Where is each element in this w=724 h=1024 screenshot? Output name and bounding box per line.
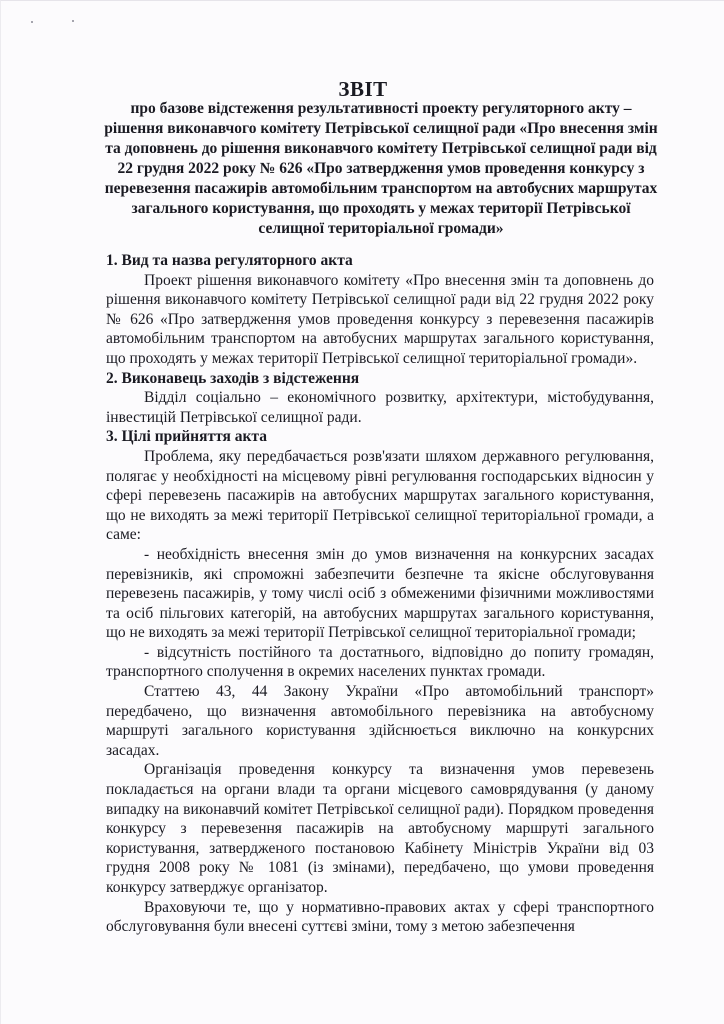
section-3-paragraph-organization: Організація проведення конкурсу та визна…	[106, 760, 654, 897]
section-heading-3: 3. Цілі прийняття акта	[106, 427, 654, 447]
document-page: ЗВІТ про базове відстеження результативн…	[0, 0, 724, 1024]
section-1-paragraph: Проект рішення виконавчого комітету «Про…	[106, 271, 654, 369]
section-heading-2: 2. Виконавець заходів з відстеження	[106, 369, 654, 389]
document-subtitle: про базове відстеження результативності …	[101, 99, 661, 239]
section-3-bullet-2: - відсутність постійного та достатнього,…	[106, 643, 654, 682]
scan-speck	[72, 20, 74, 22]
section-3-paragraph-problem: Проблема, яку передбачається розв'язати …	[106, 447, 654, 545]
document-body: 1. Вид та назва регуляторного акта Проек…	[106, 251, 654, 937]
section-2-paragraph: Відділ соціально – економічного розвитку…	[106, 388, 654, 427]
section-3-paragraph-considering: Враховуючи те, що у нормативно-правових …	[106, 898, 654, 937]
section-heading-1: 1. Вид та назва регуляторного акта	[106, 251, 654, 271]
section-3-paragraph-law: Статтею 43, 44 Закону України «Про автом…	[106, 682, 654, 760]
section-3-bullet-1: - необхідність внесення змін до умов виз…	[106, 545, 654, 643]
scan-speck	[31, 21, 33, 23]
